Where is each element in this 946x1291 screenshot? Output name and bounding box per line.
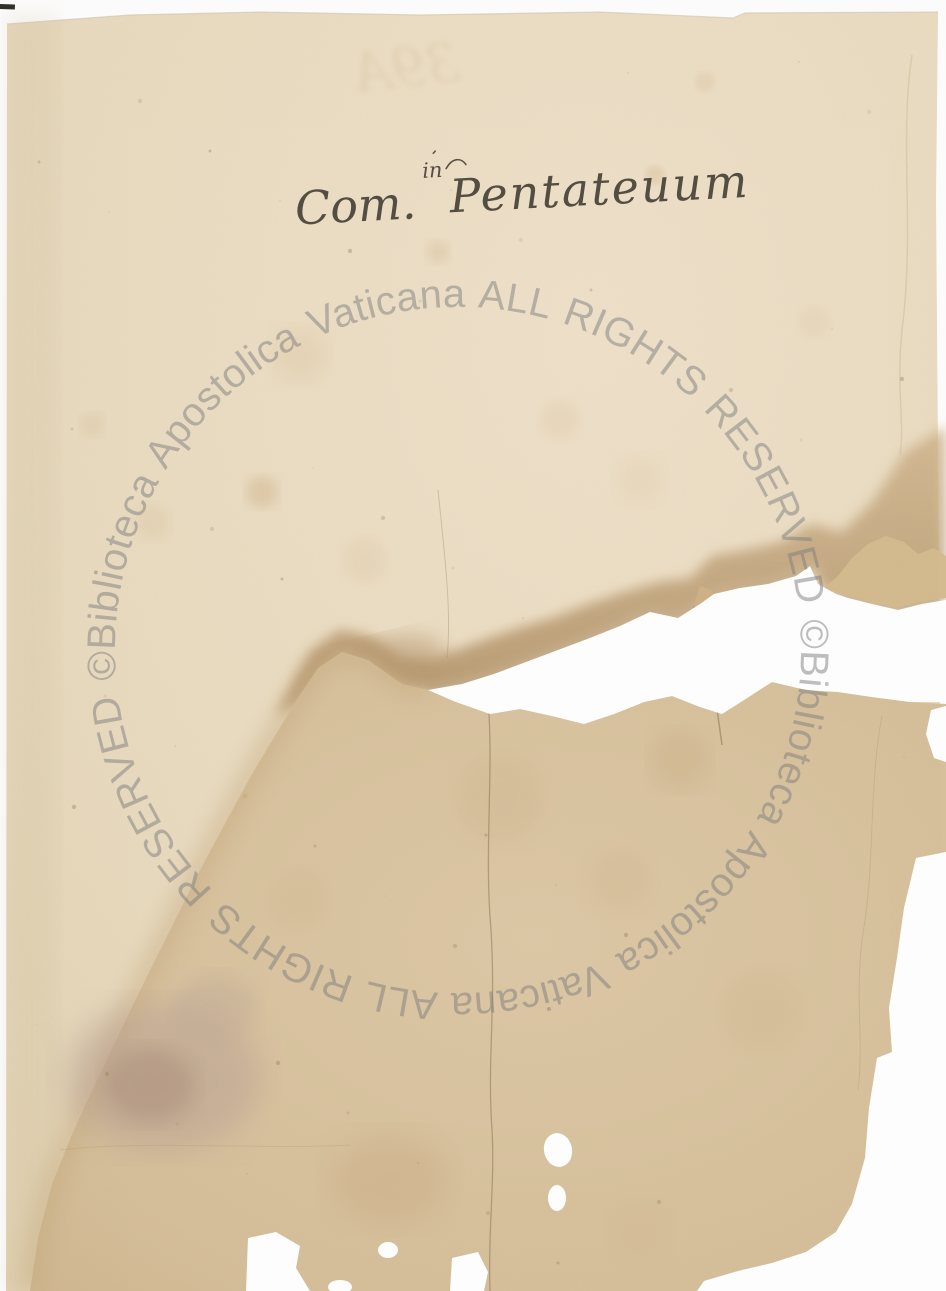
bleedthrough-text: 39A xyxy=(349,31,463,105)
handwriting-superscript: in xyxy=(422,158,443,183)
scan-edge-mark xyxy=(0,4,15,10)
tear-hole xyxy=(548,1185,566,1211)
bleedthrough-mark: 39A xyxy=(349,31,463,105)
handwriting-abbreviation: Com. xyxy=(294,175,418,235)
scan-canvas: 39A Com. in Pentateuum Biblioteca Aposto… xyxy=(0,0,946,1291)
manuscript-scan-page: 39A Com. in Pentateuum Biblioteca Aposto… xyxy=(0,0,946,1291)
tear-hole xyxy=(378,1242,398,1258)
